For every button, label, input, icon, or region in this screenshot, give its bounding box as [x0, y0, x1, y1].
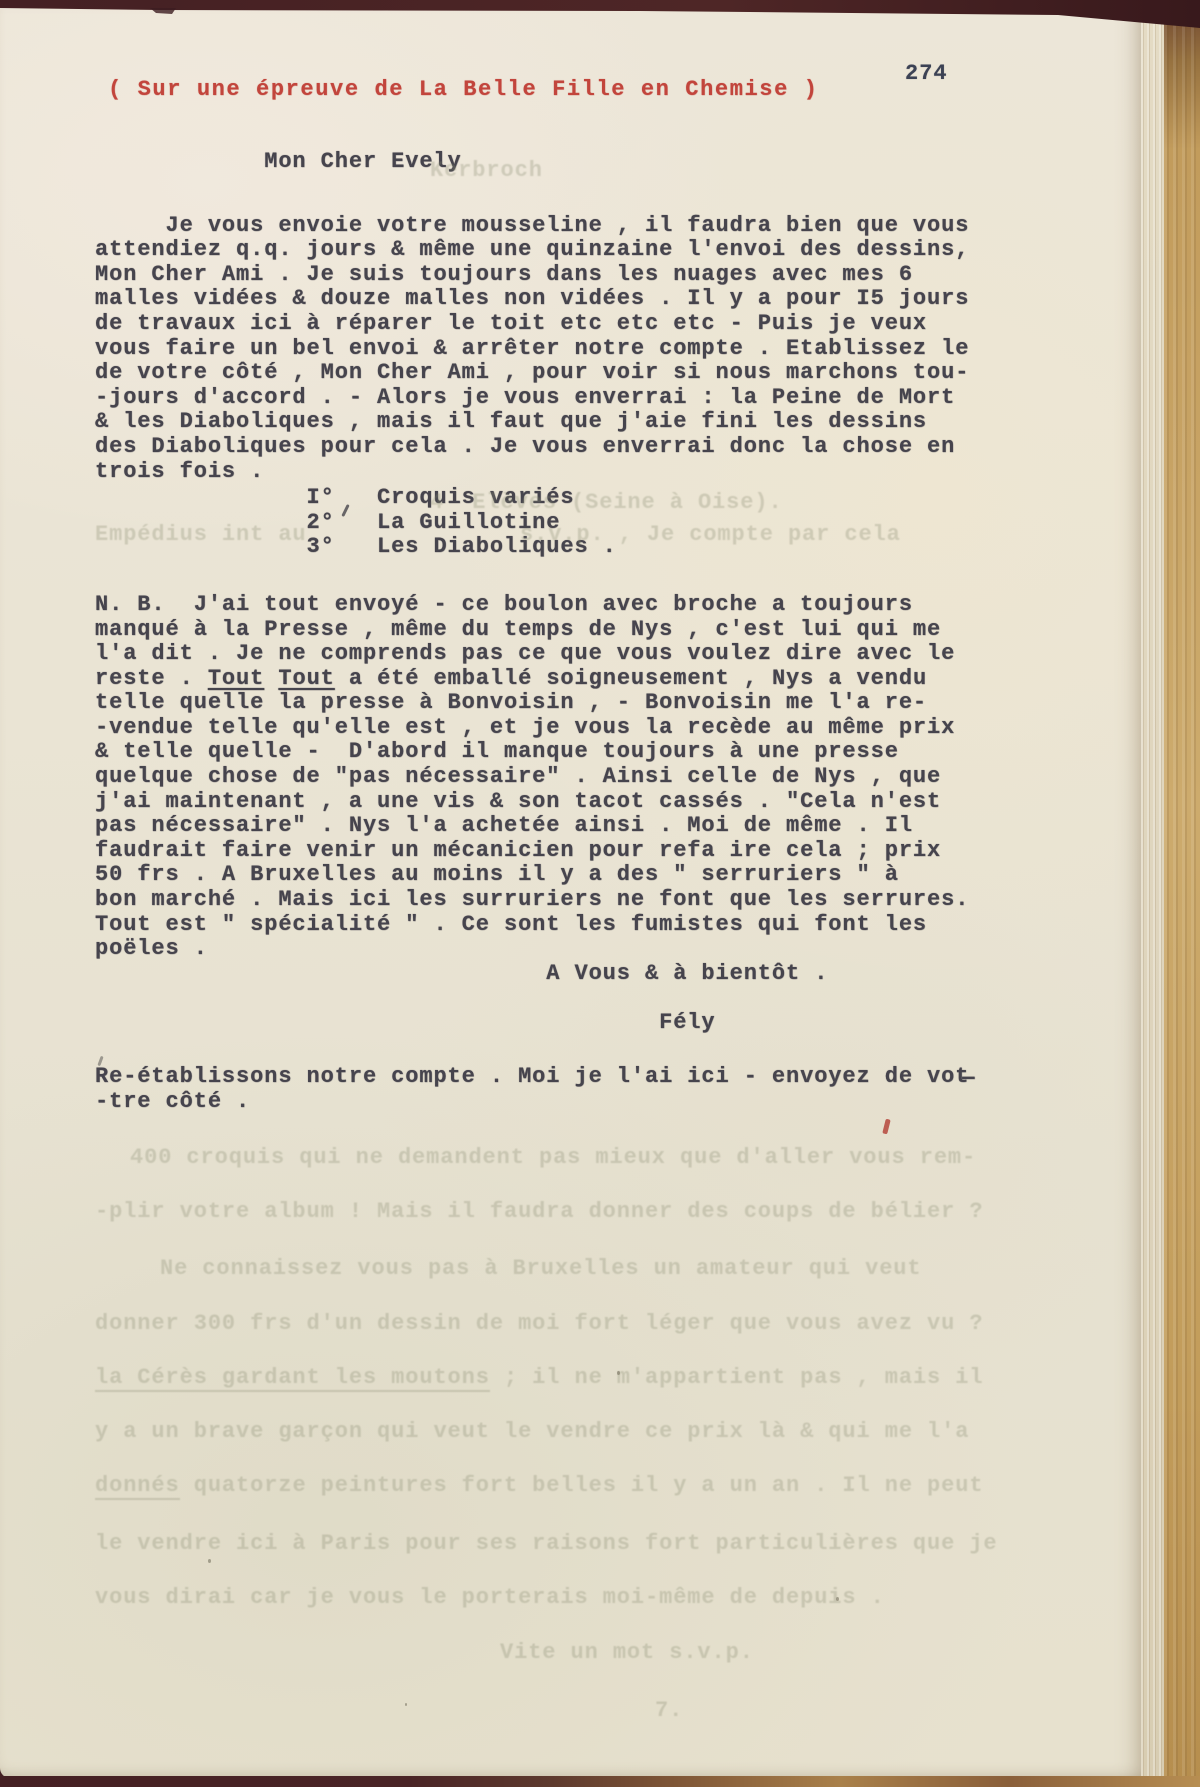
ghost-text: s.v.p. , Je compte par cela [520, 522, 901, 547]
ghost-line: donner 300 frs d'un dessin de moi fort l… [95, 1311, 983, 1336]
ghost-line: y a un brave garçon qui veut le vendre c… [95, 1419, 969, 1444]
text-segment: A Vous & à bientôt . [95, 961, 828, 986]
text-segment: Mon Cher Evely [95, 149, 462, 174]
ghost-line: 4 Elèves (Seine à Oise). [430, 490, 783, 515]
text-segment: j'ai maintenant , a une vis & son tacot … [95, 789, 941, 814]
text-segment: -jours d'accord . - Alors je vous enverr… [95, 385, 955, 410]
ghost-underlined: donnés [95, 1473, 180, 1500]
text-segment: N. B. J'ai tout envoyé - ce boulon avec … [95, 592, 913, 617]
text-segment [264, 666, 278, 691]
ghost-underlined: la Cérès gardant les moutons [95, 1365, 490, 1392]
text-segment: telle quelle la presse à Bonvoisin , - B… [95, 690, 927, 715]
book-scan: { "page": { "number": "274", "header_not… [0, 0, 1200, 1787]
dust-speck [836, 1597, 839, 1601]
text-segment: trois fois . [95, 459, 264, 484]
ghost-text: le vendre ici à Paris pour ses raisons f… [95, 1531, 998, 1556]
letter-line: de travaux ici à réparer le toit etc etc… [95, 312, 1025, 337]
ghost-line: 7. [655, 1698, 683, 1723]
section-nota-bene: N. B. J'ai tout envoyé - ce boulon avec … [95, 593, 1025, 962]
underlined-text: Tout [208, 666, 264, 691]
letter-body: Mon Cher Evely Je vous envoie votre mous… [95, 150, 1025, 1114]
letter-line: manqué à la Presse , même du temps de Ny… [95, 618, 1025, 643]
text-segment: -tre côté . [95, 1089, 250, 1114]
ghost-line: donnés quatorze peintures fort belles il… [95, 1473, 983, 1498]
letter-line: bon marché . Mais ici les surruriers ne … [95, 888, 1025, 913]
ghost-line: la Cérès gardant les moutons ; il ne m'a… [95, 1365, 983, 1390]
letter-line: & les Diaboliques , mais il faut que j'a… [95, 410, 1025, 435]
letter-line: A Vous & à bientôt . [95, 962, 1025, 987]
text-segment: & les Diaboliques , mais il faut que j'a… [95, 409, 927, 434]
header-annotation: ( Sur une épreuve de La Belle Fille en C… [108, 77, 819, 102]
ghost-line: s.v.p. , Je compte par cela [520, 522, 901, 547]
section-postscript: Re-établissons notre compte . Moi je l'a… [95, 1065, 1025, 1114]
ghost-line: vous dirai car je vous le porterais moi-… [95, 1585, 885, 1610]
letter-line: -tre côté . [95, 1090, 1025, 1115]
text-segment: -vendue telle qu'elle est , et je vous l… [95, 715, 955, 740]
ghost-text: y a un brave garçon qui veut le vendre c… [95, 1419, 969, 1444]
letter-line: -jours d'accord . - Alors je vous enverr… [95, 386, 1025, 411]
section-paragraph-1: Je vous envoie votre mousseline , il fau… [95, 214, 1025, 485]
underlined-text: Tout [278, 666, 334, 691]
book-cover-bottom [0, 1776, 1200, 1787]
letter-line: attendiez q.q. jours & même une quinzain… [95, 238, 1025, 263]
ghost-line: -plir votre album ! Mais il faudra donne… [95, 1199, 983, 1224]
text-segment: des Diaboliques pour cela . Je vous enve… [95, 434, 955, 459]
text-segment: poëles . [95, 936, 208, 961]
letter-line: quelque chose de "pas nécessaire" . Ains… [95, 765, 1025, 790]
text-segment: attendiez q.q. jours & même une quinzain… [95, 237, 969, 262]
letter-line: trois fois . [95, 460, 1025, 485]
letter-line: malles vidées & douze malles non vidées … [95, 287, 1025, 312]
text-segment: Re-établissons notre compte . Moi je l'a… [95, 1064, 969, 1089]
text-segment: reste . [95, 666, 208, 691]
ghost-text: Vite un mot s.v.p. [500, 1640, 754, 1665]
letter-page: ( Sur une épreuve de La Belle Fille en C… [0, 3, 1141, 1778]
section-closing: A Vous & à bientôt . [95, 962, 1025, 987]
red-ink-mark [882, 1119, 890, 1135]
book-page-edges [1164, 0, 1200, 1787]
letter-line: Re-établissons notre compte . Moi je l'a… [95, 1065, 1025, 1090]
letter-line: Je vous envoie votre mousseline , il fau… [95, 214, 1025, 239]
ghost-text: donner 300 frs d'un dessin de moi fort l… [95, 1311, 983, 1336]
ghost-line: Kerbroch [430, 158, 543, 183]
dust-speck [405, 1703, 407, 1706]
text-segment: 50 frs . A Bruxelles au moins il y a des… [95, 862, 899, 887]
letter-line: & telle quelle - D'abord il manque toujo… [95, 740, 1025, 765]
ghost-line: 400 croquis qui ne demandent pas mieux q… [130, 1145, 976, 1170]
text-segment: l'a dit . Je ne comprends pas ce que vou… [95, 641, 955, 666]
letter-line: Tout est " spécialité " . Ce sont les fu… [95, 913, 1025, 938]
ghost-text: vous dirai car je vous le porterais moi-… [95, 1585, 885, 1610]
letter-line: pas nécessaire" . Nys l'a achetée ainsi … [95, 814, 1025, 839]
text-segment: Je vous envoie votre mousseline , il fau… [95, 213, 969, 238]
section-salutation: Mon Cher Evely [95, 150, 1025, 175]
letter-line: reste . Tout Tout a été emballé soigneus… [95, 667, 1025, 692]
text-segment: a été emballé soigneusement , Nys a vend… [335, 666, 927, 691]
ghost-text: Empédius int au [95, 522, 307, 547]
letter-line: N. B. J'ai tout envoyé - ce boulon avec … [95, 593, 1025, 618]
letter-line: j'ai maintenant , a une vis & son tacot … [95, 790, 1025, 815]
text-segment: bon marché . Mais ici les surruriers ne … [95, 887, 969, 912]
ghost-text: Ne connaissez vous pas à Bruxelles un am… [160, 1256, 922, 1281]
text-segment: de travaux ici à réparer le toit etc etc… [95, 311, 927, 336]
letter-line: Mon Cher Ami . Je suis toujours dans les… [95, 263, 1025, 288]
text-segment: pas nécessaire" . Nys l'a achetée ainsi … [95, 813, 913, 838]
page-stack-edge [1141, 5, 1164, 1781]
letter-line: vous faire un bel envoi & arrêter notre … [95, 337, 1025, 362]
ghost-line: Empédius int au [95, 522, 307, 547]
text-segment: manqué à la Presse , même du temps de Ny… [95, 617, 941, 642]
letter-line: 50 frs . A Bruxelles au moins il y a des… [95, 863, 1025, 888]
ghost-text: 7. [655, 1698, 683, 1723]
letter-line: l'a dit . Je ne comprends pas ce que vou… [95, 642, 1025, 667]
page-number: 274 [905, 61, 948, 86]
ghost-text: 400 croquis qui ne demandent pas mieux q… [130, 1145, 976, 1170]
ghost-text: -plir votre album ! Mais il faudra donne… [95, 1199, 983, 1224]
letter-line: faudrait faire venir un mécanicien pour … [95, 839, 1025, 864]
text-segment: vous faire un bel envoi & arrêter notre … [95, 336, 969, 361]
ghost-line: le vendre ici à Paris pour ses raisons f… [95, 1531, 998, 1556]
dust-speck [617, 1371, 620, 1375]
text-segment: Mon Cher Ami . Je suis toujours dans les… [95, 262, 913, 287]
text-segment: quelque chose de "pas nécessaire" . Ains… [95, 764, 941, 789]
ghost-text: 4 Elèves (Seine à Oise). [430, 490, 783, 515]
ghost-text: ; il ne m'appartient pas , mais il [490, 1365, 984, 1390]
letter-line: de votre côté , Mon Cher Ami , pour voir… [95, 361, 1025, 386]
ghost-text: Kerbroch [430, 158, 543, 183]
text-segment: & telle quelle - D'abord il manque toujo… [95, 739, 899, 764]
letter-line: des Diaboliques pour cela . Je vous enve… [95, 435, 1025, 460]
ghost-line: Ne connaissez vous pas à Bruxelles un am… [160, 1256, 922, 1281]
letter-line: Mon Cher Evely [95, 150, 1025, 175]
letter-line: telle quelle la presse à Bonvoisin , - B… [95, 691, 1025, 716]
text-segment: de votre côté , Mon Cher Ami , pour voir… [95, 360, 969, 385]
dust-speck [208, 1559, 211, 1563]
text-segment: Tout est " spécialité " . Ce sont les fu… [95, 912, 927, 937]
ghost-line: Vite un mot s.v.p. [500, 1640, 754, 1665]
text-segment: malles vidées & douze malles non vidées … [95, 286, 969, 311]
letter-line: -vendue telle qu'elle est , et je vous l… [95, 716, 1025, 741]
text-segment: faudrait faire venir un mécanicien pour … [95, 838, 941, 863]
text-segment: Fély [95, 1010, 716, 1035]
letter-line: Fély [95, 1011, 1025, 1036]
letter-line: poëles . [95, 937, 1025, 962]
section-signature: Fély [95, 1011, 1025, 1036]
ghost-text: quatorze peintures fort belles il y a un… [180, 1473, 984, 1498]
